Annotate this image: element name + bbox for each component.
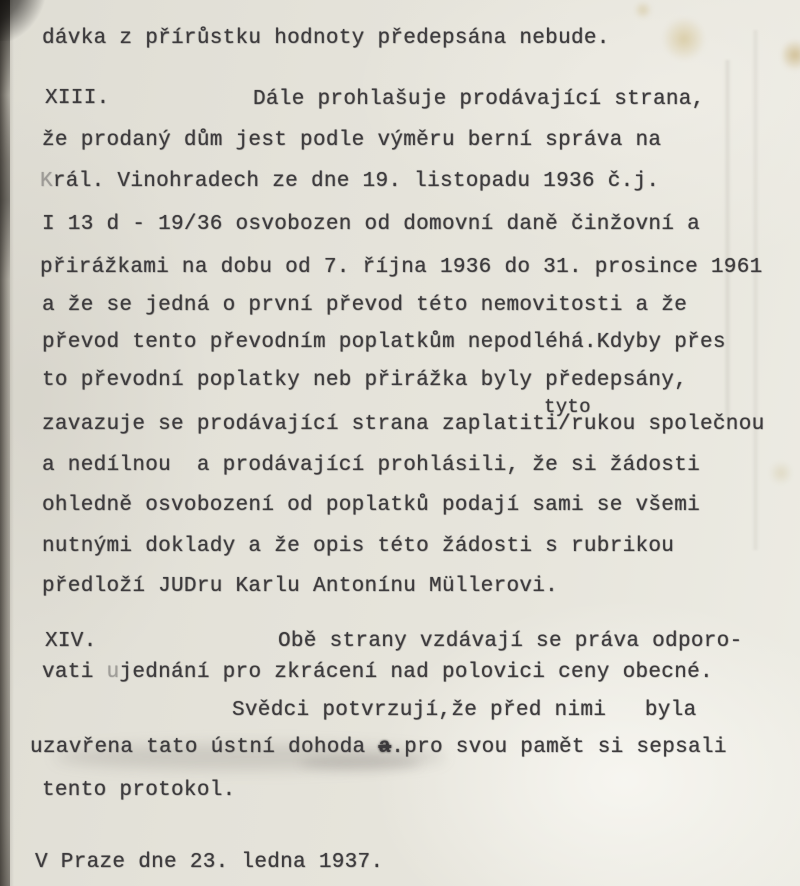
line-segment: jednání pro zkrácení nad polovici ceny o… [119,661,713,684]
line-segment: XIII. [45,87,110,110]
line-segment: XIV. [45,630,97,653]
witness-clause-line-2: uzavřena tato ústní dohoda a.pro svou pa… [30,737,727,759]
section-xiii-line-9: zavazuje se prodávající strana zaplatiti… [42,414,765,436]
section-xiii-line-4: I 13 d - 19/36 osvobozen od domovní daně… [42,214,700,236]
line-segment: K [40,170,53,193]
line-segment: přirážkami na dobu od 7. října 1936 do 3… [40,256,763,279]
line-segment: a nedílnou a prodávající prohlásili, že … [42,454,700,477]
text-layer: dávka z přírůstku hodnoty předepsána neb… [0,0,800,886]
line-segment: Dále prohlašuje prodávající strana, [253,88,705,111]
document-page: dávka z přírůstku hodnoty předepsána neb… [0,0,800,886]
section-xiii-line-3: Král. Vinohradech ze dne 19. listopadu 1… [40,171,659,193]
line-segment: V Praze dne 23. ledna 1937. [35,851,383,874]
line-segment: to převodní poplatky neb přirážka byly p… [42,369,687,392]
line-segment: I 13 d - 19/36 osvobozen od domovní daně… [42,213,700,236]
section-xiii-line-11: ohledně osvobození od poplatků podají sa… [42,495,700,517]
line-segment: nutnými doklady a že opis této žádosti s… [42,535,674,558]
line-segment: a že se jedná o první převod této nemovi… [42,294,687,317]
line-segment: Obě strany vzdávají se práva odporo- [278,630,742,653]
section-xiv-numeral: XIV. [45,631,97,653]
line-segment: dávka z přírůstku hodnoty předepsána neb… [42,27,610,50]
section-xiii-numeral: XIII. [45,88,110,110]
line-segment: .pro svou pamět si sepsali [391,736,726,759]
section-xiii-line-13: předloží JUDru Karlu Antonínu Müllerovi. [42,576,558,598]
section-xiii-line-8: to převodní poplatky neb přirážka byly p… [42,370,687,392]
line-segment: uzavřena tato ústní dohoda [30,736,378,759]
line-segment: zavazuje se prodávající strana zaplatiti… [42,413,765,436]
section-xiii-line-12: nutnými doklady a že opis této žádosti s… [42,536,674,558]
section-xiii-line-7: převod tento převodním poplatkům nepodlé… [42,332,726,354]
line-segment: a [378,736,391,759]
witness-clause-line-3: tento protokol. [42,780,236,802]
line-segment: u [107,661,120,684]
section-xiv-line-2: vati ujednání pro zkrácení nad polovici … [42,662,713,684]
line-segment: že prodaný dům jest podle výměru berní s… [42,129,661,152]
place-date-line: V Praze dne 23. ledna 1937. [35,852,383,874]
section-xiii-line-6: a že se jedná o první převod této nemovi… [42,295,687,317]
line-segment: Svědci potvrzují,že před nimi byla [232,699,696,722]
witness-clause-line-1: Svědci potvrzují,že před nimi byla [232,700,696,722]
line-segment: vati [42,661,107,684]
section-xiv-line-1: Obě strany vzdávají se práva odporo- [278,631,742,653]
line-segment: převod tento převodním poplatkům nepodlé… [42,331,726,354]
section-xiii-line-5: přirážkami na dobu od 7. října 1936 do 3… [40,257,763,279]
closing-sentence-xii: dávka z přírůstku hodnoty předepsána neb… [42,28,610,50]
line-segment: tento protokol. [42,779,236,802]
section-xiii-line-1: Dále prohlašuje prodávající strana, [253,89,705,111]
section-xiii-line-2: že prodaný dům jest podle výměru berní s… [42,130,661,152]
line-segment: rál. Vinohradech ze dne 19. listopadu 19… [53,170,659,193]
line-segment: předloží JUDru Karlu Antonínu Müllerovi. [42,575,558,598]
section-xiii-line-10: a nedílnou a prodávající prohlásili, že … [42,455,700,477]
line-segment: ohledně osvobození od poplatků podají sa… [42,494,700,517]
